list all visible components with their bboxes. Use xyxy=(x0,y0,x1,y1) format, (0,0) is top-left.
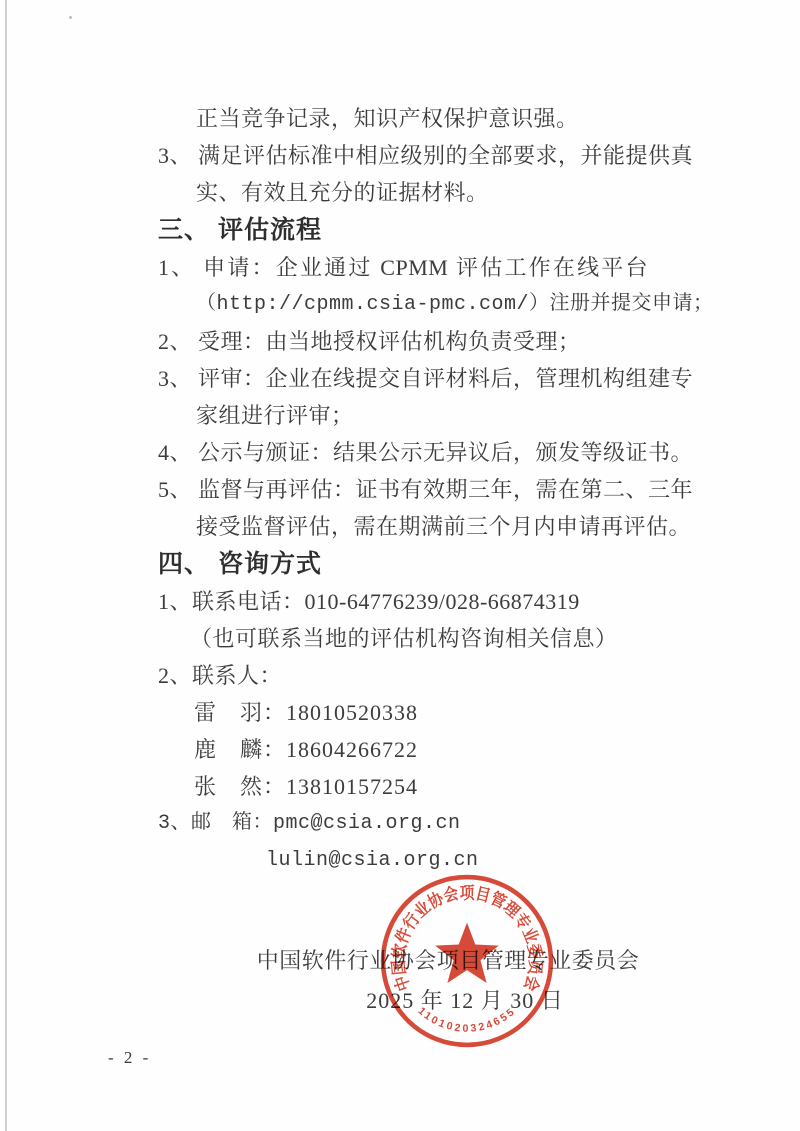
doc-line: 1、 申请：企业通过 CPMM 评估工作在线平台 xyxy=(158,249,648,286)
doc-line: （也可联系当地的评估机构咨询相关信息） xyxy=(158,620,648,657)
doc-line: 2、 受理：由当地授权评估机构负责受理； xyxy=(158,323,648,360)
page-number: - 2 - xyxy=(108,1048,151,1068)
official-seal: 中国软件行业协会项目管理专业委员会 1101020324655 xyxy=(377,871,557,1051)
section-heading-contact: 四、 咨询方式 xyxy=(158,545,648,583)
doc-line: 3、 评审：企业在线提交自评材料后，管理机构组建专 xyxy=(158,360,648,397)
doc-line: 接受监督评估，需在期满前三个月内申请再评估。 xyxy=(158,508,648,545)
doc-line: 4、 公示与颁证：结果公示无异议后，颁发等级证书。 xyxy=(158,434,648,471)
scan-speck xyxy=(69,16,72,19)
doc-line: 正当竞争记录，知识产权保护意识强。 xyxy=(158,100,648,137)
contact-row: 张 然：13810157254 xyxy=(158,768,648,805)
section-heading-process: 三、 评估流程 xyxy=(158,211,648,249)
doc-line: 家组进行评审； xyxy=(158,397,648,434)
doc-line: 2、联系人： xyxy=(158,657,648,694)
doc-line: 5、 监督与再评估：证书有效期三年，需在第二、三年 xyxy=(158,471,648,508)
doc-line-email: 3、邮 箱：pmc@csia.org.cn xyxy=(158,805,648,842)
doc-line: 3、 满足评估标准中相应级别的全部要求，并能提供真 xyxy=(158,137,648,174)
scanned-document-page: 正当竞争记录，知识产权保护意识强。 3、 满足评估标准中相应级别的全部要求，并能… xyxy=(0,0,800,1131)
contact-row: 雷 羽：18010520338 xyxy=(158,694,648,731)
doc-line-phone: 1、联系电话：010-64776239/028-66874319 xyxy=(158,583,648,620)
contact-row: 鹿 麟：18604266722 xyxy=(158,731,648,768)
doc-line-url: （http://cpmm.csia-pmc.com/）注册并提交申请； xyxy=(158,286,648,323)
doc-line: 实、有效且充分的证据材料。 xyxy=(158,174,648,211)
star-icon xyxy=(435,923,499,983)
document-body: 正当竞争记录，知识产权保护意识强。 3、 满足评估标准中相应级别的全部要求，并能… xyxy=(158,100,648,879)
seal-serial-number: 1101020324655 xyxy=(416,1005,519,1035)
